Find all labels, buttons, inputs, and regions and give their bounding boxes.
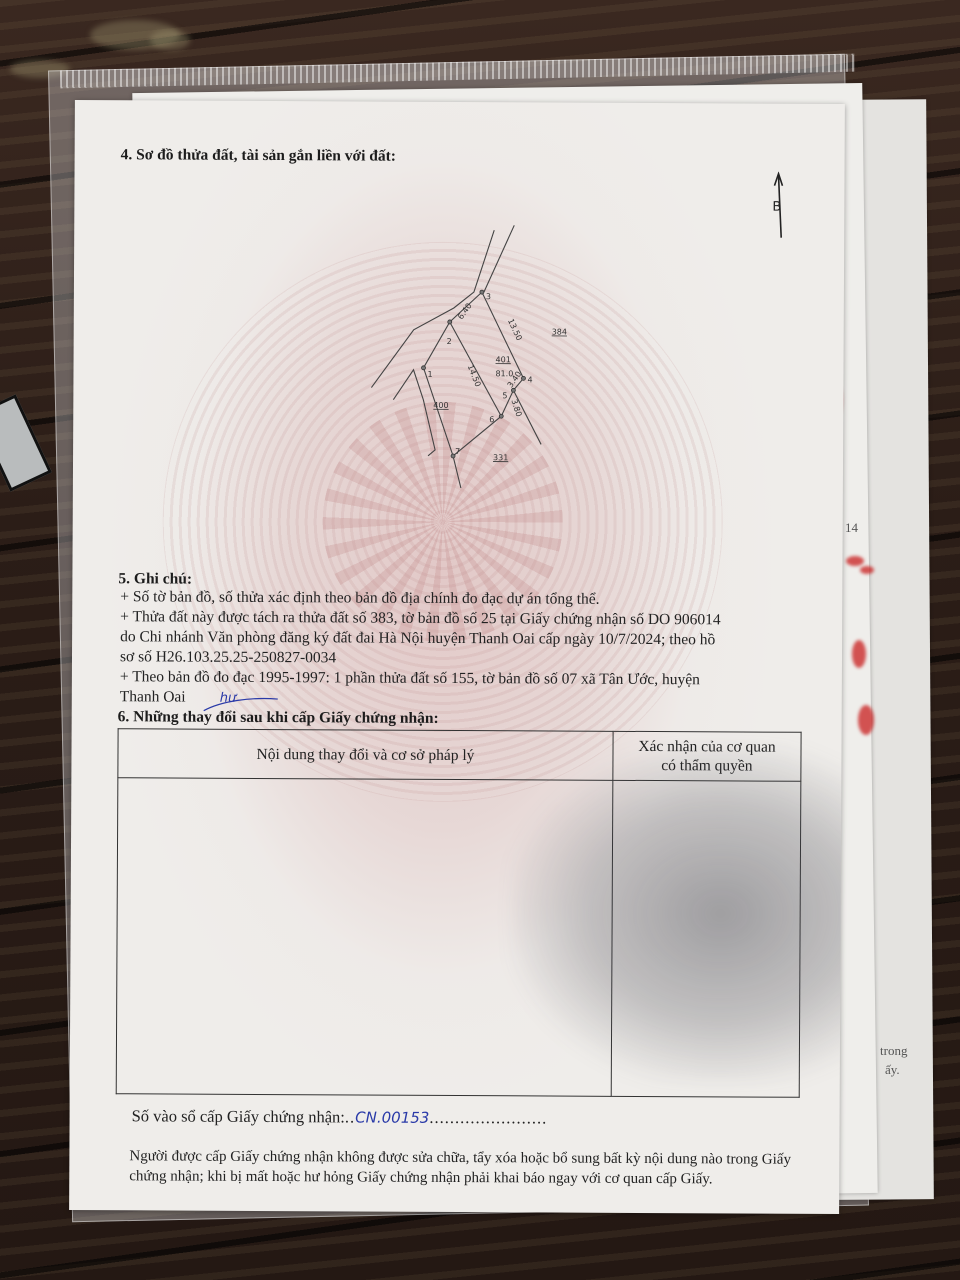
red-stamp — [852, 640, 866, 668]
svg-text:2: 2 — [447, 337, 452, 346]
note-line: + Thửa đất này được tách ra thửa đất số … — [120, 608, 720, 629]
wood-stain — [150, 30, 190, 50]
registration-number-line: Số vào sổ cấp Giấy chứng nhận:..CN.00153… — [132, 1106, 548, 1128]
section-4-title: 4. Sơ đồ thửa đất, tài sản gắn liền với … — [121, 146, 396, 165]
note-line: + Theo bản đồ đo đạc 1995-1997: 1 phần t… — [120, 668, 700, 689]
note-line: Thanh Oai — [120, 688, 186, 706]
svg-text:13.50: 13.50 — [506, 317, 524, 342]
section-5-title: 5. Ghi chú: — [118, 570, 192, 588]
svg-text:4: 4 — [527, 375, 532, 384]
svg-text:5: 5 — [502, 391, 507, 400]
svg-text:14.50: 14.50 — [466, 363, 483, 388]
svg-text:3: 3 — [486, 292, 491, 301]
back-page-fragment: 14 — [845, 520, 858, 536]
red-stamp — [858, 705, 874, 735]
svg-text:331: 331 — [493, 453, 508, 462]
svg-text:7: 7 — [455, 447, 460, 456]
hand-shadow — [510, 742, 845, 1084]
svg-text:81.0: 81.0 — [495, 369, 513, 378]
red-stamp — [846, 556, 864, 566]
warning-notice: Người được cấp Giấy chứng nhận không đượ… — [129, 1146, 819, 1190]
note-line: do Chi nhánh Văn phòng đăng ký đất đai H… — [120, 628, 715, 649]
back-page-fragment: ấy. — [885, 1062, 900, 1078]
north-label: B — [772, 200, 781, 215]
svg-text:3.80: 3.80 — [509, 398, 523, 418]
registration-dots-left: .. — [345, 1107, 355, 1126]
svg-text:6: 6 — [489, 415, 494, 424]
parcel-diagram: 1 2 3 4 5 6 7 6.40 13.50 14.50 3.40 3.80… — [363, 220, 594, 501]
note-line: sơ số H26.103.25.25-250827-0034 — [120, 648, 336, 667]
svg-text:400: 400 — [433, 401, 448, 410]
registration-number: CN.00153 — [355, 1108, 429, 1126]
red-stamp — [860, 566, 874, 574]
svg-text:401: 401 — [496, 355, 511, 364]
svg-text:1: 1 — [427, 370, 432, 379]
land-certificate-page: 4. Sơ đồ thửa đất, tài sản gắn liền với … — [69, 100, 845, 1214]
note-line: + Số tờ bản đồ, số thửa xác định theo bả… — [120, 588, 599, 609]
registration-dots-right: ....................... — [429, 1108, 547, 1128]
svg-text:384: 384 — [552, 327, 567, 336]
registration-label: Số vào sổ cấp Giấy chứng nhận: — [132, 1106, 345, 1126]
back-page-fragment: trong — [880, 1043, 907, 1059]
section-6-title: 6. Những thay đổi sau khi cấp Giấy chứng… — [118, 708, 439, 728]
